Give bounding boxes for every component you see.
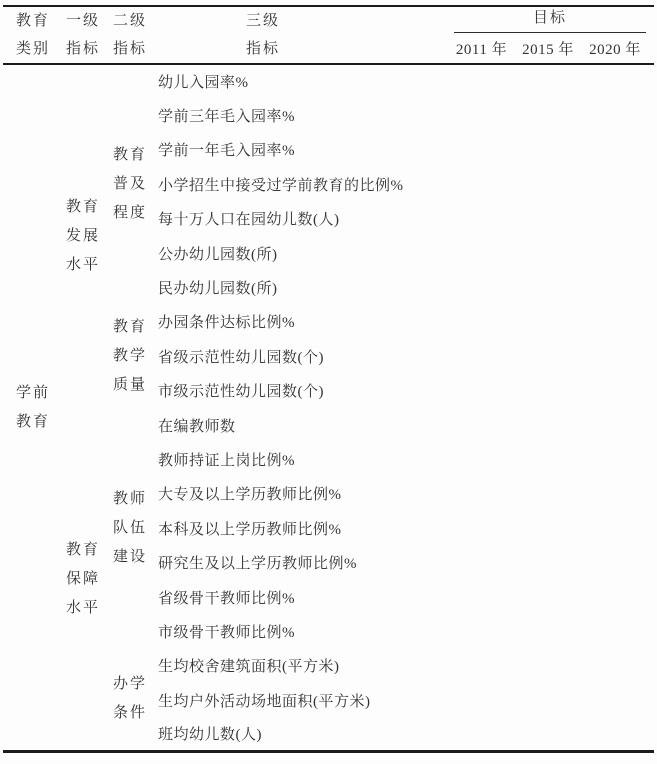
level2-group-cell: 教育 教学 质量	[106, 305, 153, 408]
target-value-cell	[586, 64, 654, 98]
indicator-cell: 市级示范性幼儿园数(个)	[153, 374, 453, 408]
header-level3-indicator: 三级 指标	[153, 6, 453, 64]
target-value-cell	[453, 167, 520, 201]
target-value-cell	[586, 270, 654, 304]
indicator-cell: 小学招生中接受过学前教育的比例%	[153, 167, 453, 201]
target-value-cell	[453, 339, 520, 373]
target-value-cell	[520, 374, 586, 408]
target-value-cell	[453, 717, 520, 751]
category-cell: 学前 教育	[3, 64, 58, 752]
target-value-cell	[520, 477, 586, 511]
target-value-cell	[586, 649, 654, 683]
target-value-cell	[586, 614, 654, 648]
indicator-cell: 学前三年毛入园率%	[153, 98, 453, 132]
level2-group-cell: 教师 队伍 建设	[106, 408, 153, 649]
target-value-cell	[520, 649, 586, 683]
target-value-cell	[586, 683, 654, 717]
target-value-cell	[586, 339, 654, 373]
target-value-cell	[453, 202, 520, 236]
level2-group-cell: 教育 普及 程度	[106, 64, 153, 305]
indicator-cell: 省级示范性幼儿园数(个)	[153, 339, 453, 373]
header-target-label: 目标	[454, 8, 646, 33]
target-value-cell	[453, 133, 520, 167]
target-value-cell	[453, 64, 520, 98]
indicator-cell: 学前一年毛入园率%	[153, 133, 453, 167]
header-year-2020: 2020 年	[586, 33, 654, 64]
header-level2-indicator: 二级 指标	[106, 6, 153, 64]
indicator-row: 教育 保障 水平 教师 队伍 建设 在编教师数	[3, 408, 654, 442]
indicator-cell: 班均幼儿数(人)	[153, 717, 453, 751]
indicator-cell: 生均校舍建筑面积(平方米)	[153, 649, 453, 683]
indicator-cell: 研究生及以上学历教师比例%	[153, 545, 453, 579]
target-value-cell	[453, 683, 520, 717]
indicator-cell: 办园条件达标比例%	[153, 305, 453, 339]
indicator-cell: 在编教师数	[153, 408, 453, 442]
target-value-cell	[586, 98, 654, 132]
level2-group-cell: 办学 条件	[106, 649, 153, 752]
target-value-cell	[586, 408, 654, 442]
target-value-cell	[520, 202, 586, 236]
level1-group-cell: 教育 保障 水平	[58, 408, 106, 752]
target-value-cell	[520, 64, 586, 98]
indicator-cell: 市级骨干教师比例%	[153, 614, 453, 648]
header-education-category: 教育 类别	[3, 6, 58, 64]
target-value-cell	[453, 511, 520, 545]
target-value-cell	[453, 545, 520, 579]
target-value-cell	[520, 236, 586, 270]
target-value-cell	[453, 98, 520, 132]
target-value-cell	[520, 133, 586, 167]
target-value-cell	[520, 511, 586, 545]
target-value-cell	[586, 167, 654, 201]
document-page: 教育 类别 一级 指标 二级 指标 三级 指标 目标 2011 年 2015 年…	[0, 0, 657, 764]
header-year-2011: 2011 年	[453, 33, 520, 64]
target-value-cell	[586, 477, 654, 511]
target-value-cell	[586, 511, 654, 545]
target-value-cell	[453, 442, 520, 476]
target-value-cell	[520, 545, 586, 579]
target-value-cell	[520, 614, 586, 648]
target-value-cell	[520, 339, 586, 373]
target-value-cell	[453, 580, 520, 614]
target-value-cell	[453, 408, 520, 442]
target-value-cell	[586, 374, 654, 408]
target-value-cell	[586, 133, 654, 167]
indicator-cell: 每十万人口在园幼儿数(人)	[153, 202, 453, 236]
target-value-cell	[520, 408, 586, 442]
indicator-cell: 大专及以上学历教师比例%	[153, 477, 453, 511]
target-value-cell	[453, 270, 520, 304]
header-year-2015: 2015 年	[520, 33, 586, 64]
target-value-cell	[520, 167, 586, 201]
indicator-cell: 公办幼儿园数(所)	[153, 236, 453, 270]
header-row-top: 教育 类别 一级 指标 二级 指标 三级 指标 目标	[3, 6, 654, 33]
level1-group-cell: 教育 发展 水平	[58, 64, 106, 408]
indicator-cell: 教师持证上岗比例%	[153, 442, 453, 476]
indicator-cell: 本科及以上学历教师比例%	[153, 511, 453, 545]
target-value-cell	[453, 614, 520, 648]
target-value-cell	[453, 649, 520, 683]
target-value-cell	[586, 442, 654, 476]
target-value-cell	[520, 580, 586, 614]
indicator-row: 学前 教育 教育 发展 水平 教育 普及 程度 幼儿入园率%	[3, 64, 654, 98]
header-level1-indicator: 一级 指标	[58, 6, 106, 64]
indicator-cell: 幼儿入园率%	[153, 64, 453, 98]
target-value-cell	[520, 305, 586, 339]
target-value-cell	[520, 683, 586, 717]
target-value-cell	[586, 305, 654, 339]
target-value-cell	[520, 98, 586, 132]
target-value-cell	[586, 580, 654, 614]
indicator-cell: 生均户外活动场地面积(平方米)	[153, 683, 453, 717]
indicator-cell: 省级骨干教师比例%	[153, 580, 453, 614]
target-value-cell	[520, 442, 586, 476]
indicator-cell: 民办幼儿园数(所)	[153, 270, 453, 304]
target-value-cell	[586, 717, 654, 751]
target-value-cell	[453, 305, 520, 339]
target-value-cell	[586, 545, 654, 579]
preschool-indicator-table: 教育 类别 一级 指标 二级 指标 三级 指标 目标 2011 年 2015 年…	[3, 5, 654, 753]
target-value-cell	[453, 236, 520, 270]
header-target-group: 目标	[453, 6, 654, 33]
target-value-cell	[453, 374, 520, 408]
target-value-cell	[586, 202, 654, 236]
target-value-cell	[453, 477, 520, 511]
target-value-cell	[520, 270, 586, 304]
target-value-cell	[586, 236, 654, 270]
target-value-cell	[520, 717, 586, 751]
